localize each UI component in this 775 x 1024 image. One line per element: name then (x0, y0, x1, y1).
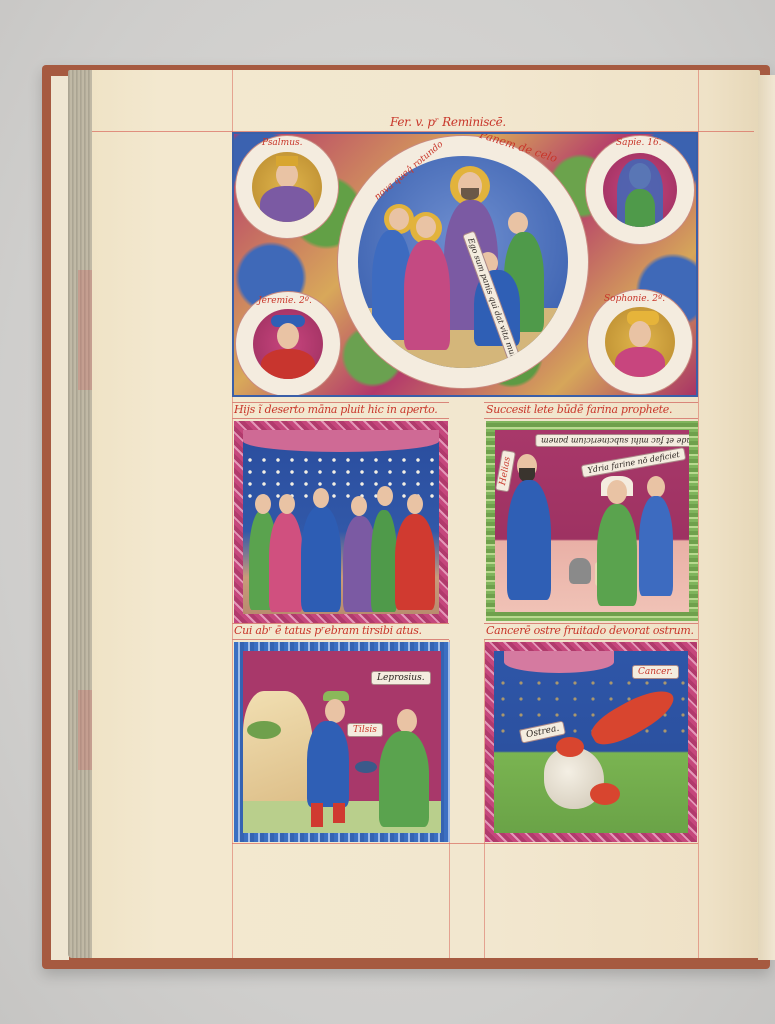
tobias-head (325, 699, 345, 723)
medallion-portrait (603, 153, 677, 227)
cloud-drapery (243, 430, 439, 452)
peter-head (416, 216, 436, 238)
scene-manna (234, 421, 448, 623)
head (255, 494, 271, 514)
angel-figure (379, 731, 429, 827)
medallion-jeremie: Jeremie. 2º. (236, 292, 340, 396)
son-figure (639, 496, 673, 596)
medallion-label: Jeremie. 2º. (258, 296, 312, 306)
scroll-tilsis: Tilsis (347, 723, 383, 737)
header-rubric: Fer. v. pʳ Reminiscē. (390, 115, 506, 129)
ruling-line-bottom (232, 843, 698, 844)
head (279, 494, 295, 514)
prophet-head (508, 212, 528, 234)
sage-robe (625, 189, 655, 227)
cauldron-icon (569, 558, 591, 584)
prophet-head (629, 321, 651, 347)
medallion-portrait (253, 309, 323, 379)
medallion-label: Sapie. 16. (616, 138, 662, 148)
scroll-text-2: Ydria farine nō deficiet (581, 447, 687, 478)
scene-cancer: Cancer. Ostrea. (485, 642, 697, 842)
bush (247, 721, 281, 739)
medallion-portrait (605, 307, 675, 377)
elijah-figure (507, 480, 551, 600)
scroll-helias: Helias (495, 450, 516, 493)
crab-claw (590, 783, 620, 805)
peter-figure (404, 240, 450, 350)
prophet-robe (615, 347, 665, 377)
medallion-label: Sophonie. 2º. (604, 294, 665, 304)
next-page-edge (758, 75, 775, 960)
scene-elijah-interior: Helias Vade et fac mihi subcinericium pa… (495, 430, 689, 612)
tobias-figure (307, 721, 349, 807)
christ-beard (461, 188, 479, 200)
widow-figure (597, 504, 637, 606)
prophet-robe (261, 349, 315, 379)
ruling-line-right (698, 70, 699, 958)
king-robe (260, 186, 314, 222)
scene-tobias: Leprosius. Tilsis (234, 642, 450, 842)
central-medallion: Ego sum panis qui dat vita mundo. Panem … (338, 136, 588, 388)
fish-icon (355, 761, 377, 773)
apostle-head (389, 208, 409, 230)
medallion-label: Psalmus. (262, 138, 303, 148)
prophet-head (277, 323, 299, 349)
top-illumination-panel: Ego sum panis qui dat vita mundo. Panem … (232, 132, 698, 397)
endpaper (51, 76, 69, 960)
scene-caption-4: Cancerē ostre fruitado devorat ostrum. (486, 624, 694, 638)
medallion-sapientia: Sapie. 16. (586, 136, 694, 244)
angel-head (397, 709, 417, 733)
head (377, 486, 393, 506)
scene-elijah-widow: Helias Vade et fac mihi subcinericium pa… (486, 421, 698, 621)
tobias-leg (333, 803, 345, 823)
scene-manna-interior (243, 430, 439, 614)
scroll-leprosius: Leprosius. (371, 671, 431, 685)
head (313, 488, 329, 508)
israelite-figure (301, 506, 341, 612)
israelite-figure (371, 510, 397, 612)
scroll-text-1: Vade et fac mihi subcinericium panem (535, 434, 689, 447)
head (351, 496, 367, 516)
widow-head (607, 480, 627, 504)
scene-caption-2: Succesit lete būdē farina prophete. (486, 403, 672, 417)
scene-caption-1: Hijs ĩ deserto māna pluit hic in aperto. (234, 403, 437, 417)
scroll-cancer: Cancer. (632, 665, 679, 679)
cloud-drapery (504, 651, 614, 673)
israelite-figure (269, 512, 303, 612)
medallion-sophonie: Sophonie. 2º. (588, 290, 692, 394)
medallion-psalmus: Psalmus. (236, 136, 338, 238)
scene-cancer-interior: Cancer. Ostrea. (494, 651, 688, 833)
israelite-figure (395, 514, 435, 610)
crab-claw (556, 737, 584, 757)
tobias-leg (311, 803, 323, 827)
crown-icon (276, 156, 298, 166)
head (407, 494, 423, 514)
medallion-portrait (252, 152, 322, 222)
scene-tobias-interior: Leprosius. Tilsis (243, 651, 441, 833)
scene-caption-3: Cui abʳ ē tatus pʳebram tirsibi atus. (234, 624, 422, 638)
son-head (647, 476, 665, 498)
